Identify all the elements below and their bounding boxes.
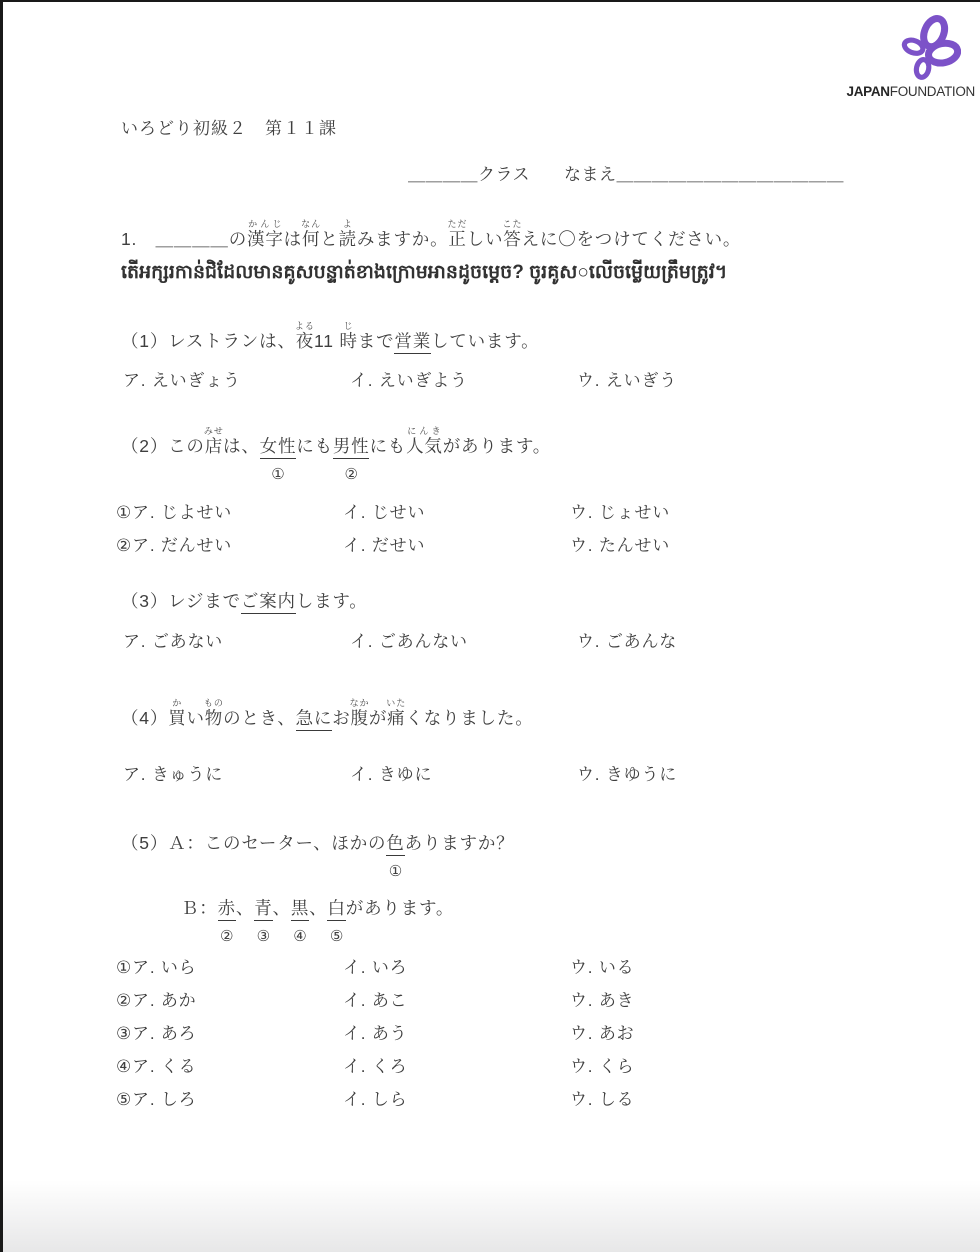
question-5-options-row-3: ③ア. あろ イ. あう ウ. あお xyxy=(116,1023,634,1045)
answer-option: イ. ごあんない xyxy=(350,631,577,653)
butterfly-icon xyxy=(897,14,961,82)
answer-option: イ. いろ xyxy=(343,957,570,979)
circled-number-marker: ② xyxy=(344,464,357,486)
question-2-prompt: （2）この店みせは、女性①にも男性②にも人気にんきがあります。 xyxy=(121,421,670,457)
question-5-options-row-5: ⑤ア. しろ イ. しら ウ. しる xyxy=(116,1089,634,1111)
answer-option: ④ア. くる xyxy=(116,1056,343,1078)
name-blank: ＿＿＿＿＿＿＿＿＿＿＿＿＿ xyxy=(617,165,845,184)
answer-option: ウ. えいぎう xyxy=(577,370,677,392)
class-label: クラス xyxy=(478,165,530,184)
answer-option: イ. しら xyxy=(343,1089,570,1111)
answer-option: ア. えいぎょう xyxy=(123,370,350,392)
answer-option: イ. あこ xyxy=(343,990,570,1012)
answer-option: ア. きゅうに xyxy=(123,764,350,786)
worksheet-title: いろどり初級２ 第１１課 xyxy=(121,114,337,139)
answer-option: ②ア. あか xyxy=(116,990,343,1012)
answer-option: イ. じせい xyxy=(343,502,570,524)
logo-text-japan: JAPAN xyxy=(846,84,889,99)
answer-option: イ. だせい xyxy=(343,535,570,557)
circled-number-marker: ④ xyxy=(293,926,306,948)
section-1-instruction: 1. ＿＿＿＿の漢字かんじは何なんと読よみますか。正ただしい答こたえに〇をつけて… xyxy=(121,214,741,250)
question-5-options-row-1: ①ア. いら イ. いろ ウ. いる xyxy=(116,957,634,979)
question-3-prompt: （3）レジまでご案内します。 xyxy=(121,576,677,612)
answer-option: ウ. あき xyxy=(570,990,634,1012)
answer-option: ウ. ごあんな xyxy=(577,631,677,653)
answer-option: ウ. しる xyxy=(570,1089,634,1111)
answer-option: ①ア. いら xyxy=(116,957,343,979)
question-5-prompt-b: Ｂ：赤②、青③、黒④、白⑤があります。 xyxy=(181,897,634,919)
question-1: （1）レストランは、夜よる11 時じまで営業しています。 ア. えいぎょう イ.… xyxy=(121,316,677,392)
question-4: （4）買かい物もののとき、急にお腹なかが痛いたくなりました。 ア. きゅうに イ… xyxy=(121,693,677,786)
answer-option: ウ. じょせい xyxy=(570,502,670,524)
answer-option: ウ. くら xyxy=(570,1056,634,1078)
question-5: （5）Ａ：このセーター、ほかの色①ありますか？ Ｂ：赤②、青③、黒④、白⑤があり… xyxy=(121,818,634,1111)
answer-option: ウ. あお xyxy=(570,1023,634,1045)
question-4-options: ア. きゅうに イ. きゆに ウ. きゆうに xyxy=(123,764,677,786)
class-name-line: ＿＿＿＿クラスなまえ＿＿＿＿＿＿＿＿＿＿＿＿＿ xyxy=(408,160,844,185)
instruction-khmer: តើអក្សរកាន់ជិដែលមានគូសបន្ទាត់ខាងក្រោមអាន… xyxy=(121,260,727,288)
answer-option: ①ア. じよせい xyxy=(116,502,343,524)
question-4-prompt: （4）買かい物もののとき、急にお腹なかが痛いたくなりました。 xyxy=(121,693,677,729)
answer-option: イ. あう xyxy=(343,1023,570,1045)
question-1-options: ア. えいぎょう イ. えいぎよう ウ. えいぎう xyxy=(123,370,677,392)
class-blank: ＿＿＿＿ xyxy=(408,165,478,184)
answer-option: イ. くろ xyxy=(343,1056,570,1078)
instruction-japanese: 1. ＿＿＿＿の漢字かんじは何なんと読よみますか。正ただしい答こたえに〇をつけて… xyxy=(121,214,741,250)
question-3-options: ア. ごあない イ. ごあんない ウ. ごあんな xyxy=(123,631,677,653)
name-label: なまえ xyxy=(564,165,617,184)
circled-number-marker: ⑤ xyxy=(330,926,343,948)
question-2-options-row-2: ②ア. だんせい イ. だせい ウ. たんせい xyxy=(116,535,670,557)
question-5-options-row-4: ④ア. くる イ. くろ ウ. くら xyxy=(116,1056,634,1078)
question-5-prompt-a: （5）Ａ：このセーター、ほかの色①ありますか？ xyxy=(121,818,634,854)
answer-option: ②ア. だんせい xyxy=(116,535,343,557)
answer-option: ウ. いる xyxy=(570,957,634,979)
circled-number-marker: ② xyxy=(220,926,233,948)
answer-option: イ. えいぎよう xyxy=(350,370,577,392)
answer-option: ウ. たんせい xyxy=(570,535,670,557)
question-2-options-row-1: ①ア. じよせい イ. じせい ウ. じょせい xyxy=(116,502,670,524)
question-2: （2）この店みせは、女性①にも男性②にも人気にんきがあります。 ①ア. じよせい… xyxy=(121,421,670,557)
question-3: （3）レジまでご案内します。 ア. ごあない イ. ごあんない ウ. ごあんな xyxy=(121,576,677,653)
answer-option: ウ. きゆうに xyxy=(577,764,677,786)
page-bottom-shadow xyxy=(3,1180,980,1252)
logo-text: JAPANFOUNDATION xyxy=(825,84,975,99)
answer-option: ⑤ア. しろ xyxy=(116,1089,343,1111)
question-1-prompt: （1）レストランは、夜よる11 時じまで営業しています。 xyxy=(121,316,677,352)
circled-number-marker: ① xyxy=(389,861,402,883)
japan-foundation-logo: JAPANFOUNDATION xyxy=(825,14,975,99)
answer-option: ③ア. あろ xyxy=(116,1023,343,1045)
answer-option: ア. ごあない xyxy=(123,631,350,653)
question-5-options-row-2: ②ア. あか イ. あこ ウ. あき xyxy=(116,990,634,1012)
circled-number-marker: ① xyxy=(271,464,284,486)
logo-text-foundation: FOUNDATION xyxy=(890,84,975,99)
circled-number-marker: ③ xyxy=(257,926,270,948)
worksheet-page: JAPANFOUNDATION いろどり初級２ 第１１課 ＿＿＿＿クラスなまえ＿… xyxy=(0,0,980,1252)
answer-option: イ. きゆに xyxy=(350,764,577,786)
